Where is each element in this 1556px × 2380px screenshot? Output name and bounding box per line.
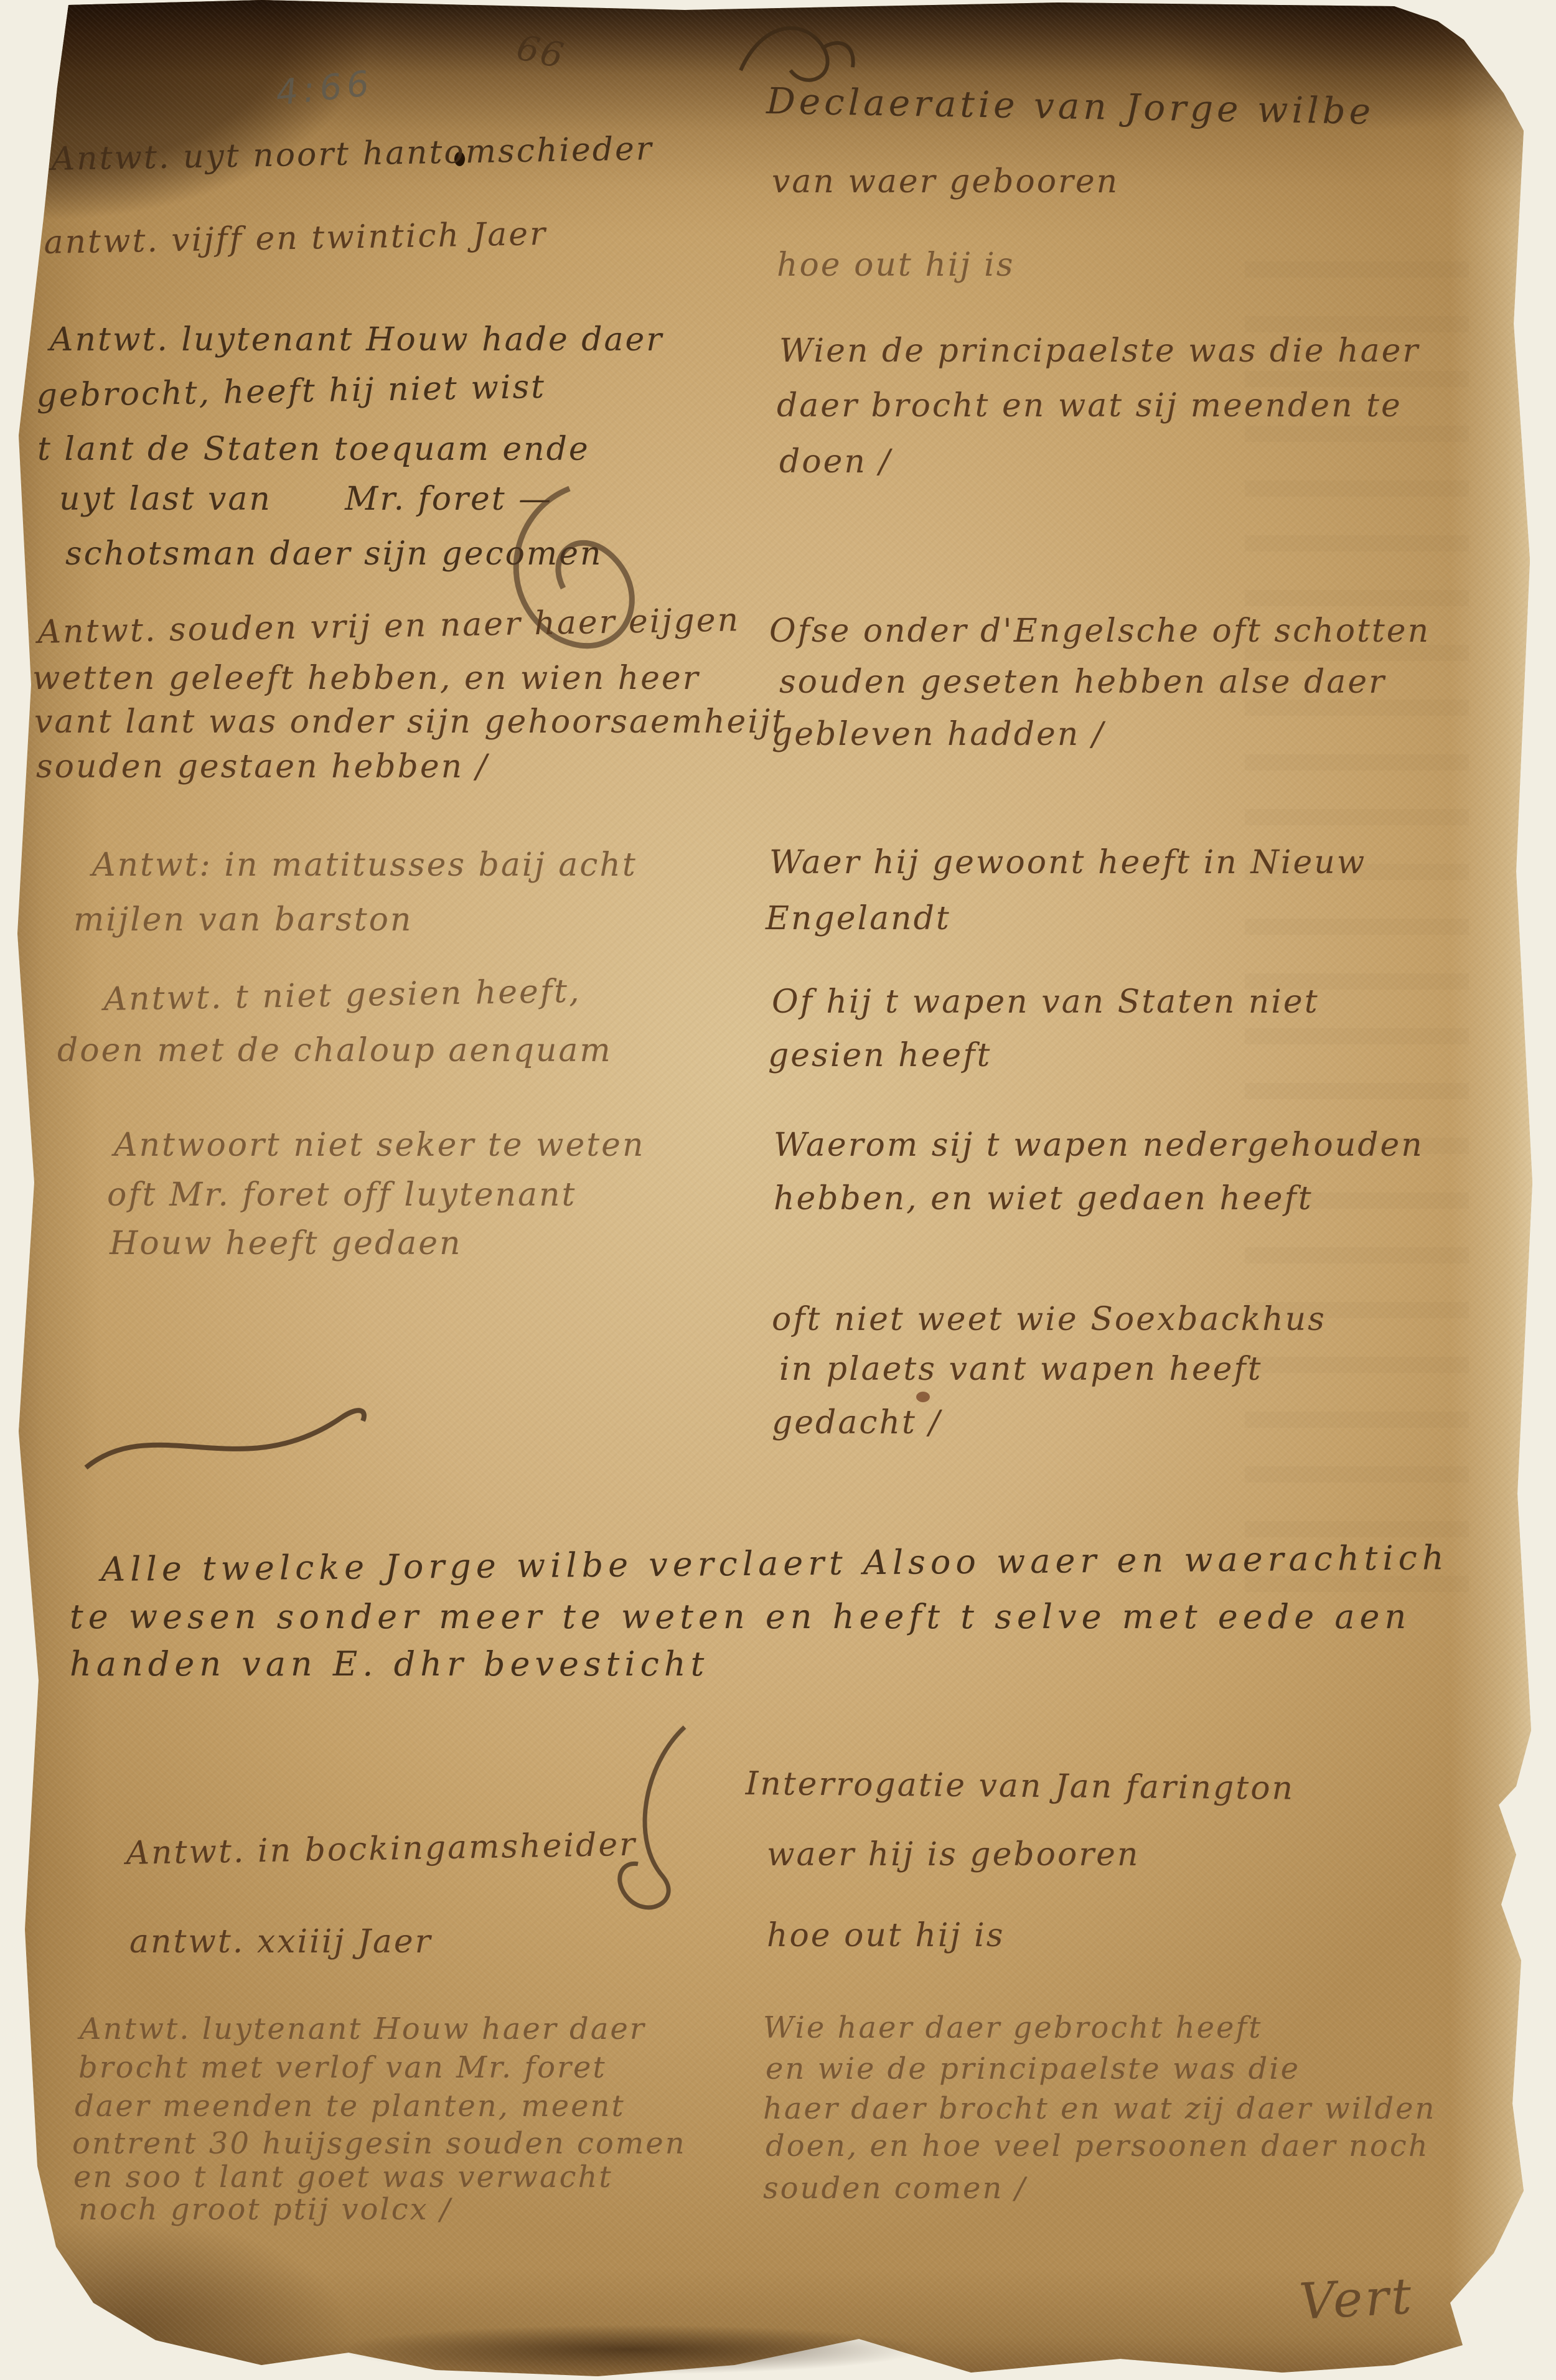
question-line: van waer gebooren [772,163,1119,200]
question-line: waer hij is gebooren [767,1836,1140,1873]
answer-line: t lant de Staten toequam ende [37,431,590,468]
question-line: Wie haer daer gebrocht heeft [763,2010,1262,2045]
verso-show-through [1245,261,1469,1631]
question-line: haer daer brocht en wat zij daer wilden [763,2091,1436,2126]
answer-line: antwt. xxiiij Jaer [129,1923,433,1961]
answer-line: ontrent 30 huijsgesin souden comen [72,2126,687,2161]
question-line: souden geseten hebben alse daer [779,663,1386,701]
answer-line: brocht met verlof van Mr. foret [78,2050,607,2085]
question-line: in plaets vant wapen heeft [779,1351,1263,1388]
question-line: Wien de principaelste was die haer [779,332,1420,370]
answer-line: doen met de chaloup aenquam [57,1032,612,1069]
answer-line: vant lant was onder sijn gehoorsaemheijt [34,703,787,741]
catchword: Vert [1298,2267,1415,2331]
answer-line: Antwt. luytenant Houw hade daer [50,321,663,358]
attestation-line: handen van E. dhr bevesticht [70,1644,709,1684]
attestation-line: te wesen sonder meer te weten en heeft t… [70,1597,1411,1636]
burn-smudge-bottom [336,2325,927,2374]
question-line: daer brocht en wat sij meenden te [777,387,1402,424]
answer-line: en soo t lant goet was verwacht [73,2160,613,2195]
answer-line: Antwt: in matitusses baij acht [92,846,637,884]
answer-line: wetten geleeft hebben, en wien heer [32,660,700,697]
question-line: Of hij t wapen van Staten niet [772,983,1319,1021]
answer-line: noch groot ptij volcx / [78,2192,452,2227]
pen-flourish [80,1393,378,1480]
question-line: en wie de principaelste was die [766,2051,1300,2086]
question-line: hoe out hij is [767,1917,1005,1954]
question-line: Engelandt [766,900,951,937]
question-line: gedacht / [772,1404,942,1441]
question-line: gebleven hadden / [772,716,1105,753]
question-line: hebben, en wiet gedaen heeft [774,1180,1313,1217]
answer-line: souden gestaen hebben / [36,748,489,785]
initial-flourish [569,1715,719,1926]
answer-line: oft Mr. foret off luytenant [107,1176,576,1214]
red-ink-blot [916,1392,930,1402]
interrogation-title: Interrogatie van Jan farington [745,1765,1295,1807]
answer-line: daer meenden te planten, meent [75,2089,626,2124]
question-line: Ofse onder d'Engelsche oft schotten [769,612,1430,650]
answer-line: Antwt. luytenant Houw haer daer [80,2012,646,2046]
question-line: souden comen / [763,2171,1027,2206]
question-line: Waerom sij t wapen nedergehouden [774,1127,1424,1164]
answer-line: Antwoort niet seker te weten [114,1127,645,1164]
manuscript-scan: 4:66 66 Declaeratie van Jorge wilbe van … [0,0,1556,2380]
question-line: hoe out hij is [777,246,1015,284]
question-line: doen / [779,443,892,480]
question-line: Waer hij gewoont heeft in Nieuw [769,844,1366,881]
question-line: oft niet weet wie Soexbackhus [772,1301,1326,1338]
answer-line: Houw heeft gedaen [110,1225,462,1262]
question-line: doen, en hoe veel persoonen daer noch [766,2129,1430,2163]
answer-line: mijlen van barston [73,901,413,939]
question-line: gesien heeft [768,1037,991,1074]
